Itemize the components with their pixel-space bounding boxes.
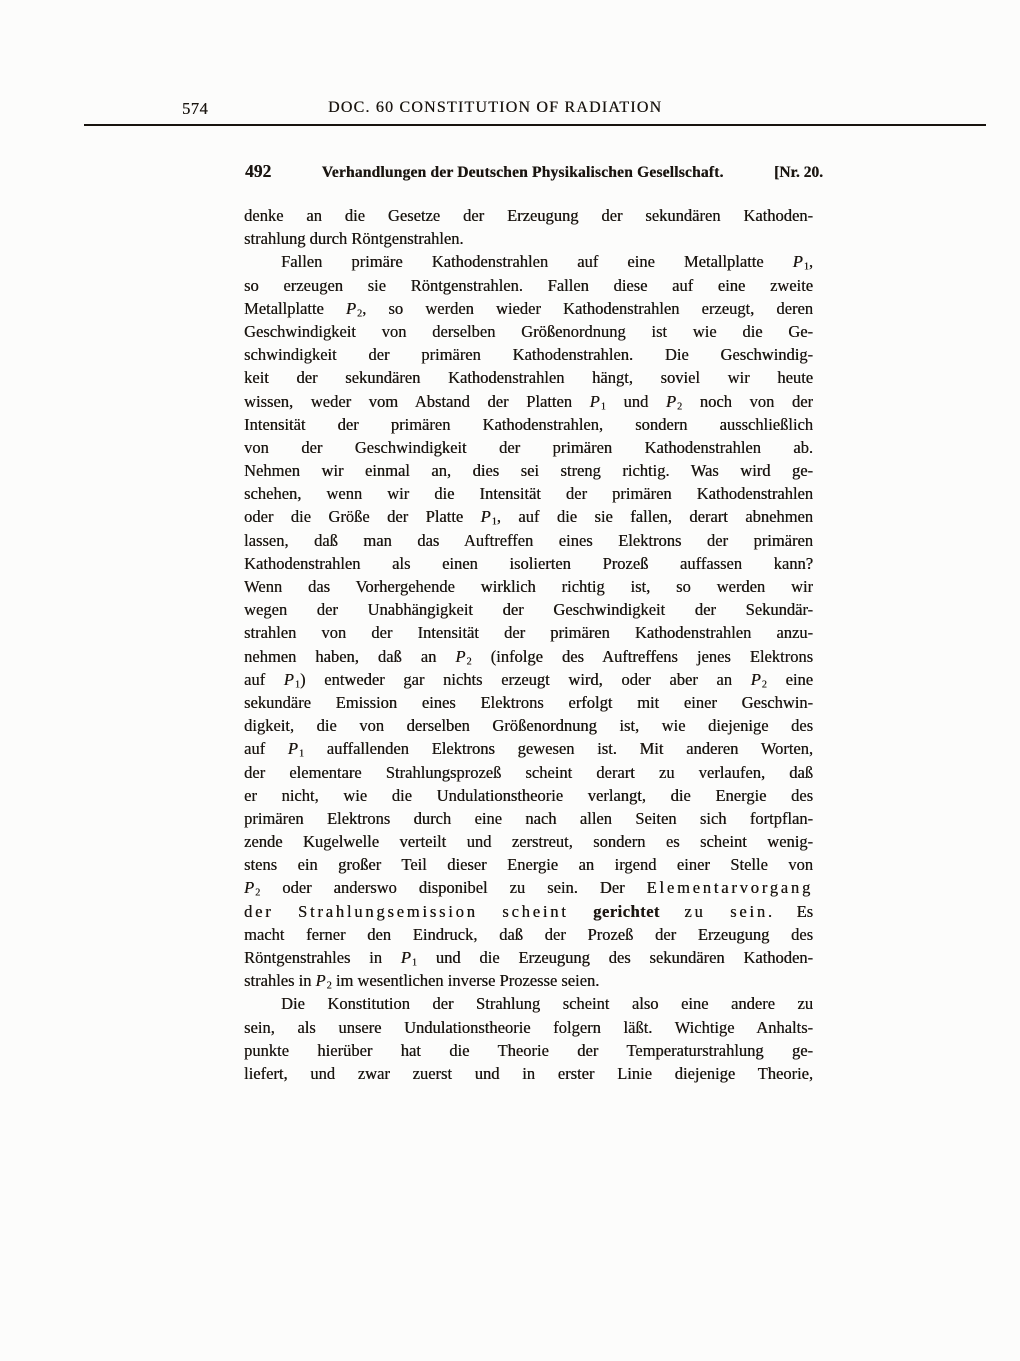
text-segment: zende Kugelwelle verteilt und zerstreut,… — [244, 832, 813, 851]
text-line: wissen, weder vom Abstand der Platten P1… — [244, 390, 813, 413]
text-line: er nicht, wie die Undulationstheorie ver… — [244, 784, 813, 807]
journal-issue-number: [Nr. 20. — [774, 164, 823, 182]
text-segment: der elementare Strahlungsprozeß scheint … — [244, 763, 813, 782]
text-segment: oder anderswo disponibel zu sein. Der — [260, 878, 646, 897]
text-line: so erzeugen sie Röntgenstrahlen. Fallen … — [244, 274, 813, 297]
text-line: Metallplatte P2, so werden wieder Kathod… — [244, 297, 813, 320]
text-line: auf P1) entweder gar nichts erzeugt wird… — [244, 668, 813, 691]
text-line: liefert, und zwar zuerst und in erster L… — [244, 1062, 813, 1085]
text-line: der elementare Strahlungsprozeß scheint … — [244, 761, 813, 784]
text-segment: strahles in — [244, 971, 316, 990]
text-segment: P — [288, 739, 299, 758]
text-segment: eine — [767, 670, 813, 689]
text-segment: sein, als unsere Undulationstheorie folg… — [244, 1018, 813, 1037]
text-line: punkte hierüber hat die Theorie der Temp… — [244, 1039, 813, 1062]
text-segment: von der Geschwindigkeit der primären Kat… — [244, 438, 813, 457]
text-line: strahles in P2 im wesentlichen inverse P… — [244, 969, 813, 992]
text-line: Röntgenstrahles in P1 und die Erzeugung … — [244, 946, 813, 969]
text-segment: digkeit, die von derselben Größenordnung… — [244, 716, 813, 735]
text-line: keit der sekundären Kathodenstrahlen hän… — [244, 366, 813, 389]
text-segment: wegen der Unabhängigkeit der Geschwindig… — [244, 600, 813, 619]
text-line: zende Kugelwelle verteilt und zerstreut,… — [244, 830, 813, 853]
text-line: lassen, daß man das Auftreffen eines Ele… — [244, 529, 813, 552]
text-segment: zu sein. — [660, 902, 775, 921]
text-segment: , — [809, 252, 813, 271]
text-line: Nehmen wir einmal an, dies sei streng ri… — [244, 459, 813, 482]
text-segment: er nicht, wie die Undulationstheorie ver… — [244, 786, 813, 805]
text-line: digkeit, die von derselben Größenordnung… — [244, 714, 813, 737]
text-segment: Es — [775, 902, 813, 921]
text-segment: so erzeugen sie Röntgenstrahlen. Fallen … — [244, 276, 813, 295]
text-line: Fallen primäre Kathodenstrahlen auf eine… — [244, 250, 813, 273]
text-segment: (infolge des Auftreffens jenes Elektrons — [472, 647, 813, 666]
header-rule — [84, 124, 986, 126]
text-segment: P — [244, 878, 255, 897]
text-segment: P — [455, 647, 466, 666]
text-segment: P — [666, 392, 677, 411]
journal-title: Verhandlungen der Deutschen Physikalisch… — [322, 164, 724, 182]
text-segment: primären Elektrons durch eine nach allen… — [244, 809, 813, 828]
text-segment: P — [401, 948, 412, 967]
text-segment: Fallen primäre Kathodenstrahlen auf eine… — [281, 252, 793, 271]
text-segment: lassen, daß man das Auftreffen eines Ele… — [244, 531, 813, 550]
text-line: Kathodenstrahlen als einen isolierten Pr… — [244, 552, 813, 575]
text-line: sekundäre Emission eines Elektrons erfol… — [244, 691, 813, 714]
text-line: macht ferner den Eindruck, daß der Proze… — [244, 923, 813, 946]
text-segment: schehen, wenn wir die Intensität der pri… — [244, 484, 813, 503]
text-segment: P — [751, 670, 762, 689]
body-text: denke an die Gesetze der Erzeugung der s… — [244, 204, 813, 1085]
text-segment: P — [284, 670, 295, 689]
text-segment: strahlen von der Intensität der primären… — [244, 623, 813, 642]
text-segment: Elementarvorgang — [647, 878, 813, 897]
text-segment: macht ferner den Eindruck, daß der Proze… — [244, 925, 813, 944]
text-segment: Wenn das Vorhergehende wirklich richtig … — [244, 577, 813, 596]
text-segment: Metallplatte — [244, 299, 346, 318]
text-line: nehmen haben, daß an P2 (infolge des Auf… — [244, 645, 813, 668]
text-segment: der Strahlungsemission scheint — [244, 902, 593, 921]
text-segment: oder die Größe der Platte — [244, 507, 481, 526]
text-line: primären Elektrons durch eine nach allen… — [244, 807, 813, 830]
text-segment: P — [793, 252, 804, 271]
text-segment: keit der sekundären Kathodenstrahlen hän… — [244, 368, 813, 387]
text-segment: Geschwindigkeit von derselben Größenordn… — [244, 322, 813, 341]
text-line: [20]schwindigkeit der primären Kathodens… — [244, 343, 813, 366]
text-line: strahlen von der Intensität der primären… — [244, 621, 813, 644]
journal-page-number: 492 — [245, 161, 271, 182]
text-segment: liefert, und zwar zuerst und in erster L… — [244, 1064, 813, 1083]
text-segment: auffallenden Elektrons gewesen ist. Mit … — [304, 739, 813, 758]
text-segment: punkte hierüber hat die Theorie der Temp… — [244, 1041, 813, 1060]
text-line: P2 oder anderswo disponibel zu sein. Der… — [244, 876, 813, 899]
text-segment: , auf die sie fallen, derart abnehmen — [497, 507, 813, 526]
text-segment: nehmen haben, daß an — [244, 647, 455, 666]
text-line: oder die Größe der Platte P1, auf die si… — [244, 505, 813, 528]
text-segment: wissen, weder vom Abstand der Platten — [244, 392, 590, 411]
text-segment: Röntgenstrahles in — [244, 948, 401, 967]
text-line: [21]der Strahlungsemission scheint geric… — [244, 900, 813, 923]
text-segment: Intensität der primären Kathodenstrahlen… — [244, 415, 813, 434]
text-line: stens ein großer Teil dieser Energie an … — [244, 853, 813, 876]
text-line: schehen, wenn wir die Intensität der pri… — [244, 482, 813, 505]
text-segment: schwindigkeit der primären Kathodenstrah… — [244, 345, 813, 364]
text-segment: P — [590, 392, 601, 411]
text-segment: P — [481, 507, 492, 526]
text-line: auf P1 auffallenden Elektrons gewesen is… — [244, 737, 813, 760]
text-segment: Die Konstitution der Strahlung scheint a… — [281, 994, 813, 1013]
text-segment: Kathodenstrahlen als einen isolierten Pr… — [244, 554, 813, 573]
text-line: Wenn das Vorhergehende wirklich richtig … — [244, 575, 813, 598]
text-segment: stens ein großer Teil dieser Energie an … — [244, 855, 813, 874]
text-segment: noch von der — [682, 392, 813, 411]
text-segment: P — [316, 971, 327, 990]
running-head-title: DOC. 60 CONSTITUTION OF RADIATION — [328, 99, 662, 117]
text-segment: und die Erzeugung des sekundären Kathode… — [417, 948, 813, 967]
text-segment: , so werden wieder Kathodenstrahlen erze… — [362, 299, 813, 318]
text-line: Intensität der primären Kathodenstrahlen… — [244, 413, 813, 436]
volume-page-number: 574 — [182, 99, 208, 119]
text-line: Geschwindigkeit von derselben Größenordn… — [244, 320, 813, 343]
text-segment: und — [606, 392, 666, 411]
journal-header: 492 Verhandlungen der Deutschen Physikal… — [245, 161, 823, 182]
text-line: Die Konstitution der Strahlung scheint a… — [244, 992, 813, 1015]
text-line: sein, als unsere Undulationstheorie folg… — [244, 1016, 813, 1039]
text-segment: Nehmen wir einmal an, dies sei streng ri… — [244, 461, 813, 480]
text-line: denke an die Gesetze der Erzeugung der s… — [244, 204, 813, 227]
book-page: 574 DOC. 60 CONSTITUTION OF RADIATION 49… — [0, 0, 1020, 1361]
text-segment: auf — [244, 739, 288, 758]
text-segment: P — [346, 299, 357, 318]
text-line: wegen der Unabhängigkeit der Geschwindig… — [244, 598, 813, 621]
text-segment: strahlung durch Röntgenstrahlen. — [244, 229, 464, 248]
text-line: strahlung durch Röntgenstrahlen. — [244, 227, 813, 250]
text-segment: gerichtet — [593, 902, 660, 921]
text-segment: im wesentlichen inverse Prozesse seien. — [332, 971, 600, 990]
text-segment: sekundäre Emission eines Elektrons erfol… — [244, 693, 813, 712]
text-line: von der Geschwindigkeit der primären Kat… — [244, 436, 813, 459]
text-segment: denke an die Gesetze der Erzeugung der s… — [244, 206, 813, 225]
text-segment: ) entweder gar nichts erzeugt wird, oder… — [300, 670, 751, 689]
text-segment: auf — [244, 670, 284, 689]
